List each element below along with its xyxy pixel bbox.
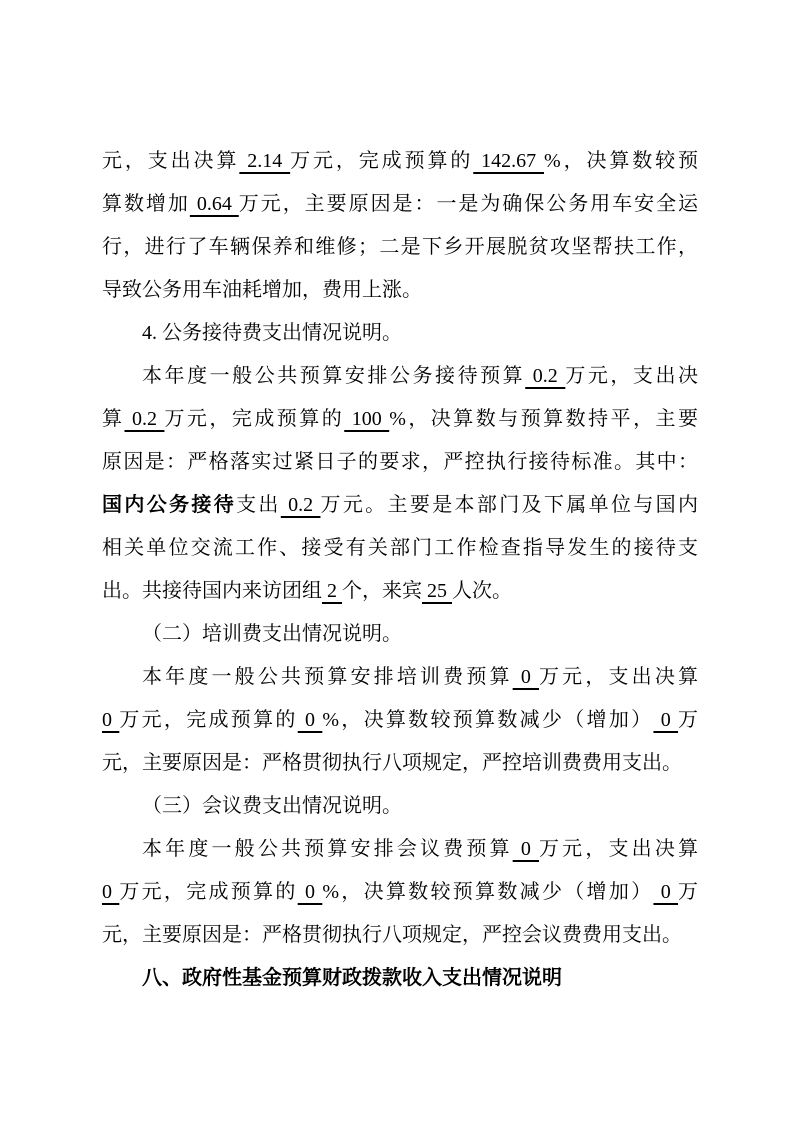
text-run: 元，主要原因是：严格贯彻执行八项规定，严控会议费费用支出。: [102, 924, 682, 946]
text-run: 算数增加: [102, 193, 190, 215]
text-run: %，决算数与预算数持平，主要: [389, 408, 698, 430]
para-official-vehicle-continuation-line-2: 算数增加 0.64 万元，主要原因是：一是为确保公务用车安全运: [102, 183, 698, 226]
para-official-reception-detail-line-2: 算 0.2 万元，完成预算的 100 %，决算数与预算数持平，主要: [102, 398, 698, 441]
filled-in-value: 0: [298, 709, 323, 731]
text-run: 算: [102, 408, 124, 430]
text-run: （三）会议费支出情况说明。: [142, 795, 402, 817]
para-meeting-fee-detail-line-2: 0 万元，完成预算的 0 %，决算数较预算数减少（增加） 0 万: [102, 871, 698, 914]
bold-term: 国内公务接待: [102, 494, 236, 516]
text-run: 本年度一般公共预算安排公务接待预算: [142, 365, 525, 387]
filled-in-value: 0: [513, 666, 539, 688]
para-training-fee-detail-line-1: 本年度一般公共预算安排培训费预算 0 万元，支出决算: [102, 656, 698, 699]
filled-in-value: 0.2: [281, 494, 321, 516]
filled-in-value: 2: [322, 580, 342, 602]
text-run: 出。共接待国内来访团组: [102, 580, 322, 602]
text-run: %，决算数较预算数减少（增加）: [322, 881, 653, 903]
text-run: 个，来宾: [342, 580, 422, 602]
heading-2-training-fee-line-1: （二）培训费支出情况说明。: [102, 613, 698, 656]
filled-in-value: 0: [653, 709, 678, 731]
text-run: 相关单位交流工作、接受有关部门工作检查指导发生的接待支: [102, 537, 698, 559]
text-run: 元，支出决算: [102, 150, 239, 172]
document-page: 元，支出决算 2.14 万元，完成预算的 142.67 %，决算数较预算数增加 …: [0, 0, 793, 1122]
filled-in-value: 142.67: [473, 150, 544, 172]
text-run: 本年度一般公共预算安排会议费预算: [142, 838, 513, 860]
text-run: 万元，支出决: [565, 365, 698, 387]
text-run: 导致公务用车油耗增加，费用上涨。: [102, 279, 422, 301]
text-run: 万元，完成预算的: [290, 150, 473, 172]
text-run: 行，进行了车辆保养和维修；二是下乡开展脱贫攻坚帮扶工作，: [102, 236, 698, 258]
text-run: %，决算数较预算数减少（增加）: [322, 709, 653, 731]
text-run: 万元。主要是本部门及下属单位与国内: [320, 494, 698, 516]
text-run: 万元，完成预算的: [119, 709, 297, 731]
para-official-reception-detail-line-3: 原因是：严格落实过紧日子的要求，严控执行接待标准。其中：: [102, 441, 698, 484]
filled-in-value: 25: [422, 580, 452, 602]
text-run: %，决算数较预: [544, 150, 698, 172]
para-meeting-fee-detail-line-3: 元，主要原因是：严格贯彻执行八项规定，严控会议费费用支出。: [102, 914, 698, 957]
filled-in-value: 0.2: [124, 408, 164, 430]
filled-in-value: 0: [298, 881, 323, 903]
text-run: 4. 公务接待费支出情况说明。: [142, 322, 402, 344]
text-run: 八、政府性基金预算财政拨款收入支出情况说明: [142, 967, 562, 989]
filled-in-value: 0.2: [525, 365, 565, 387]
para-official-vehicle-continuation-line-1: 元，支出决算 2.14 万元，完成预算的 142.67 %，决算数较预: [102, 140, 698, 183]
text-run: 支出: [236, 494, 281, 516]
text-run: （二）培训费支出情况说明。: [142, 623, 402, 645]
para-official-vehicle-continuation-line-4: 导致公务用车油耗增加，费用上涨。: [102, 269, 698, 312]
filled-in-value: 100: [344, 408, 389, 430]
para-meeting-fee-detail-line-1: 本年度一般公共预算安排会议费预算 0 万元，支出决算: [102, 828, 698, 871]
text-run: 万元，支出决算: [539, 666, 698, 688]
text-run: 本年度一般公共预算安排培训费预算: [142, 666, 513, 688]
para-official-reception-detail-line-4: 国内公务接待支出 0.2 万元。主要是本部门及下属单位与国内: [102, 484, 698, 527]
filled-in-value: 0: [102, 709, 119, 731]
text-run: 万元，完成预算的: [119, 881, 297, 903]
text-run: 原因是：严格落实过紧日子的要求，严控执行接待标准。其中：: [102, 451, 698, 473]
heading-3-meeting-fee-line-1: （三）会议费支出情况说明。: [102, 785, 698, 828]
text-run: 元，主要原因是：严格贯彻执行八项规定，严控培训费费用支出。: [102, 752, 682, 774]
filled-in-value: 0: [102, 881, 119, 903]
text-content: 元，支出决算 2.14 万元，完成预算的 142.67 %，决算数较预算数增加 …: [102, 140, 698, 1000]
para-training-fee-detail-line-2: 0 万元，完成预算的 0 %，决算数较预算数减少（增加） 0 万: [102, 699, 698, 742]
filled-in-value: 0: [513, 838, 539, 860]
para-official-reception-detail-line-5: 相关单位交流工作、接受有关部门工作检查指导发生的接待支: [102, 527, 698, 570]
para-official-reception-detail-line-1: 本年度一般公共预算安排公务接待预算 0.2 万元，支出决: [102, 355, 698, 398]
filled-in-value: 0.64: [190, 193, 239, 215]
text-run: 万: [678, 709, 698, 731]
filled-in-value: 2.14: [239, 150, 290, 172]
text-run: 万元，主要原因是：一是为确保公务用车安全运: [239, 193, 698, 215]
text-run: 万: [678, 881, 698, 903]
para-official-vehicle-continuation-line-3: 行，进行了车辆保养和维修；二是下乡开展脱贫攻坚帮扶工作，: [102, 226, 698, 269]
para-official-reception-detail-line-6: 出。共接待国内来访团组 2 个，来宾 25 人次。: [102, 570, 698, 613]
text-run: 人次。: [452, 580, 512, 602]
text-run: 万元，支出决算: [539, 838, 698, 860]
para-training-fee-detail-line-3: 元，主要原因是：严格贯彻执行八项规定，严控培训费费用支出。: [102, 742, 698, 785]
heading-8-government-fund-line-1: 八、政府性基金预算财政拨款收入支出情况说明: [102, 957, 698, 1000]
text-run: 万元，完成预算的: [164, 408, 344, 430]
filled-in-value: 0: [653, 881, 678, 903]
heading-4-official-reception-line-1: 4. 公务接待费支出情况说明。: [102, 312, 698, 355]
